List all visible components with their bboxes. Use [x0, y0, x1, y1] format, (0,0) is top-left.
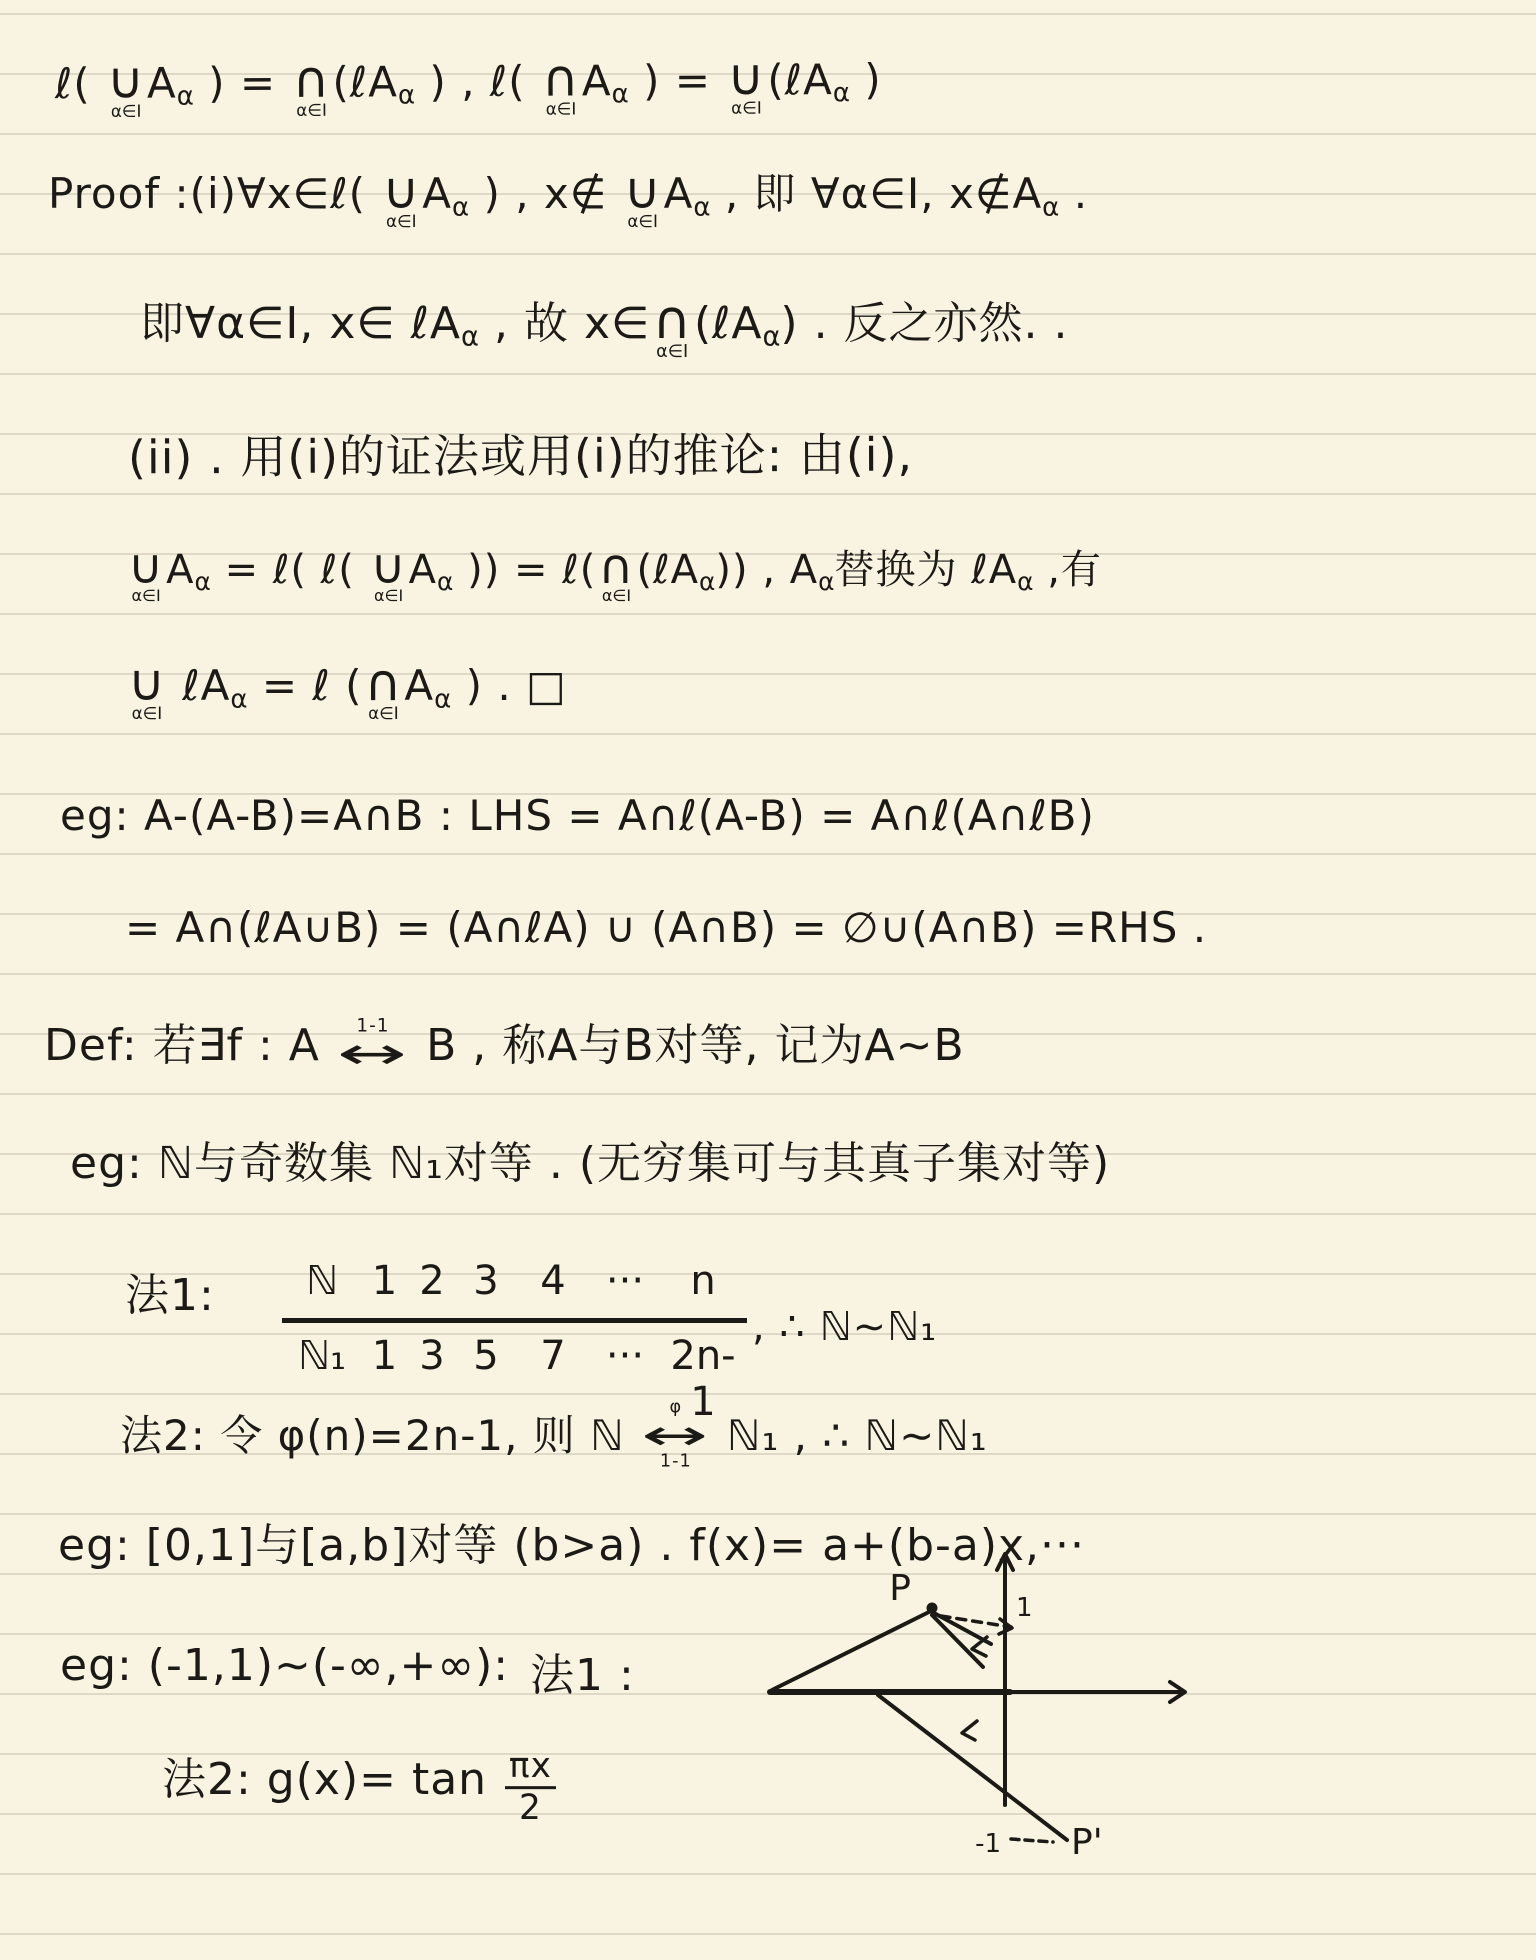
- subscripted-term: Aα: [368, 57, 415, 106]
- text-run: eg: A-(A-B)=A∩B : LHS = A∩ℓ(A-B) = A∩ℓ(A…: [60, 791, 1095, 840]
- text-run: 法1 :: [530, 1650, 635, 1701]
- example-interval-real-line: eg: (-1,1)∼(-∞,+∞):: [60, 1638, 509, 1693]
- text-run: ,有: [1033, 547, 1101, 593]
- example-set-difference: eg: A-(A-B)=A∩B : LHS = A∩ℓ(A-B) = A∩ℓ(A…: [60, 790, 1095, 843]
- projection-diagram: P 1 -1 P': [715, 1540, 1215, 1880]
- text-run: Proof :(i)∀x∈ℓ(: [48, 169, 380, 218]
- table-cell: 5: [457, 1333, 515, 1379]
- dashed-to-p-prime: [1011, 1839, 1053, 1842]
- big-operator: ∪α∈I: [128, 547, 164, 604]
- text-run: 法2: g(x)= tan: [162, 1754, 502, 1805]
- text-run: 替换为 ℓ: [835, 547, 989, 593]
- table-cell: 1: [362, 1333, 407, 1379]
- table-cell: 4: [515, 1258, 591, 1304]
- subscripted-term: Aα: [147, 58, 194, 107]
- text-run: ℕ₁ , ∴ ℕ∼ℕ₁: [713, 1411, 988, 1460]
- table-cell: 2n-1: [659, 1333, 747, 1425]
- notebook-page: ℓ( ∪α∈IAα ) = ∩α∈I(ℓAα ) , ℓ( ∩α∈IAα ) =…: [0, 0, 1536, 1960]
- bijection-arrow: 1-1↔: [341, 1016, 405, 1073]
- text-run: )) = ℓ(: [453, 547, 596, 593]
- method1-label-2: 法1 :: [530, 1648, 635, 1703]
- text-run: ℓ: [168, 661, 201, 710]
- example-naturals-odds: eg: ℕ与奇数集 ℕ₁对等 . (无穷集可与其真子集对等): [70, 1136, 1110, 1191]
- text-run: .: [1059, 169, 1088, 218]
- ray-to-left-end: [772, 1612, 929, 1690]
- label-one: 1: [1016, 1593, 1033, 1623]
- text-run: (ii) . 用(i)的证法或用(i)的推论: 由(i),: [128, 428, 913, 485]
- text-run: (ℓ: [694, 298, 731, 349]
- big-operator: ∩α∈I: [652, 299, 692, 361]
- big-operator: ∩α∈I: [292, 59, 330, 119]
- method1-correspondence-table: ℕ1234···nℕ₁1357···2n-1: [282, 1258, 747, 1425]
- table-cell: 1: [362, 1258, 407, 1304]
- table-cell: ℕ: [282, 1258, 362, 1304]
- text-run: ) . 反之亦然. .: [780, 298, 1068, 349]
- big-operator: ∩α∈I: [542, 57, 580, 117]
- text-run: )) ,: [715, 547, 789, 593]
- big-operator: ∪α∈I: [382, 170, 420, 230]
- text-run: , ∴ ℕ∼ℕ₁: [752, 1304, 937, 1350]
- table-cell: ···: [591, 1258, 659, 1304]
- text-run: , 即 ∀α∈I, x∉: [711, 169, 1013, 218]
- big-operator: ∪α∈I: [107, 60, 145, 120]
- text-run: ℓ(: [55, 59, 105, 108]
- text-run: ) =: [629, 56, 726, 106]
- big-operator: ∪α∈I: [128, 662, 166, 722]
- text-run: 即∀α∈I, x∈ ℓ: [140, 298, 430, 349]
- text-run: , 故 x∈: [479, 298, 650, 349]
- text-run: B , 称A与B对等, 记为A∼B: [411, 1020, 965, 1071]
- subscripted-term: Aα: [671, 547, 716, 593]
- text-run: (ℓ: [637, 547, 671, 593]
- text-run: eg: ℕ与奇数集 ℕ₁对等 . (无穷集可与其真子集对等): [70, 1138, 1110, 1189]
- subscripted-term: Aα: [422, 169, 469, 218]
- subscripted-term: Aα: [731, 298, 780, 349]
- subscripted-term: Aα: [404, 661, 451, 710]
- text-run: ): [850, 55, 882, 104]
- big-operator: ∪α∈I: [624, 170, 662, 230]
- table-cell: 2: [407, 1258, 457, 1304]
- demorgan-laws: ℓ( ∪α∈IAα ) = ∩α∈I(ℓAα ) , ℓ( ∩α∈IAα ) =…: [55, 54, 882, 120]
- proof-step-ii-derivation: ∪α∈IAα = ℓ( ℓ( ∪α∈IAα )) = ℓ(∩α∈I(ℓAα)) …: [126, 545, 1102, 604]
- text-run: 法1:: [125, 1270, 215, 1321]
- subscripted-term: Aα: [582, 56, 629, 105]
- subscripted-term: Aα: [1012, 169, 1059, 218]
- fraction: πx2: [502, 1748, 559, 1828]
- subscripted-term: Aα: [989, 547, 1034, 593]
- line-to-p-prime: [878, 1695, 1067, 1840]
- subscripted-term: Aα: [201, 661, 248, 710]
- text-run: = ℓ (: [248, 661, 363, 710]
- table-cell: ···: [591, 1333, 659, 1379]
- subscripted-term: Aα: [790, 547, 835, 593]
- big-operator: ∪α∈I: [371, 547, 407, 604]
- table-cell: ℕ₁: [282, 1333, 362, 1379]
- table-row: ℕ1234···n: [282, 1258, 747, 1323]
- label-p-prime: P': [1071, 1822, 1103, 1863]
- big-operator: ∩α∈I: [364, 662, 402, 722]
- text-run: = ℓ( ℓ(: [211, 547, 369, 593]
- hook-arrow-2: [962, 1721, 977, 1740]
- table-cell: 3: [407, 1333, 457, 1379]
- table-cell: 3: [457, 1258, 515, 1304]
- method2-tangent: 法2: g(x)= tan πx2: [162, 1742, 559, 1822]
- text-run: ) =: [194, 58, 291, 108]
- big-operator: ∪α∈I: [727, 56, 765, 116]
- text-run: Def: 若∃f : A: [44, 1020, 335, 1071]
- text-run: = A∩(ℓA∪B) = (A∩ℓA) ∪ (A∩B) = ∅∪(A∩B) =R…: [125, 903, 1207, 952]
- proof-step-i-cont: 即∀α∈I, x∈ ℓAα , 故 x∈∩α∈I(ℓAα) . 反之亦然. .: [140, 296, 1069, 361]
- big-operator: ∩α∈I: [598, 547, 634, 604]
- text-run: (ℓ: [767, 55, 803, 104]
- subscripted-term: Aα: [803, 55, 850, 104]
- text-run: ) , ℓ(: [415, 57, 540, 107]
- proof-step-i: Proof :(i)∀x∈ℓ( ∪α∈IAα ) , x∉ ∪α∈IAα , 即…: [48, 168, 1088, 230]
- method1-label: 法1:: [125, 1268, 215, 1323]
- def-equinumerous: Def: 若∃f : A 1-1↔ B , 称A与B对等, 记为A∼B: [44, 1018, 965, 1076]
- text-run: (ℓ: [332, 58, 368, 107]
- example-set-difference-cont: = A∩(ℓA∪B) = (A∩ℓA) ∪ (A∩B) = ∅∪(A∩B) =R…: [125, 902, 1207, 955]
- text-run: ) . □: [451, 661, 566, 710]
- proof-step-ii: (ii) . 用(i)的证法或用(i)的推论: 由(i),: [128, 427, 913, 487]
- table-cell: n: [659, 1258, 747, 1304]
- table-cell: 7: [515, 1333, 591, 1379]
- table-row: ℕ₁1357···2n-1: [282, 1323, 747, 1425]
- label-p: P: [889, 1568, 911, 1609]
- subscripted-term: Aα: [409, 547, 454, 593]
- label-minus-one: -1: [975, 1829, 1001, 1859]
- proof-step-ii-conclusion: ∪α∈I ℓAα = ℓ (∩α∈IAα ) . □: [126, 660, 567, 722]
- subscripted-term: Aα: [664, 169, 711, 218]
- subscripted-term: Aα: [166, 547, 211, 593]
- subscripted-term: Aα: [430, 298, 479, 349]
- text-run: eg: (-1,1)∼(-∞,+∞):: [60, 1640, 509, 1691]
- therefore-naturals: , ∴ ℕ∼ℕ₁: [752, 1302, 937, 1352]
- text-run: ) , x∉: [469, 169, 622, 218]
